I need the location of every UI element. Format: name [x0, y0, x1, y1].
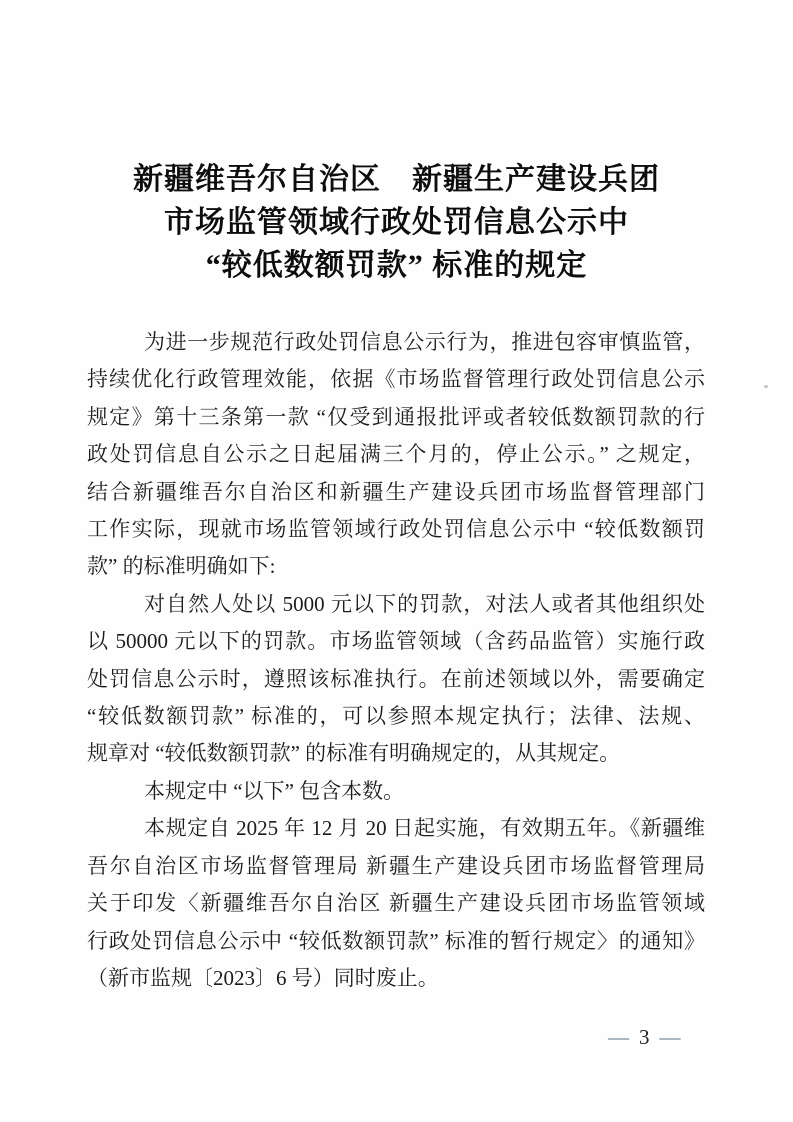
page-number: —3— [608, 1024, 683, 1050]
title-line-3: “较低数额罚款” 标准的规定 [0, 244, 793, 287]
page-number-dash-right: — [660, 1025, 683, 1049]
page-number-dash-left: — [608, 1025, 631, 1049]
body-line: （新市监规〔2023〕6 号）同时废止。 [87, 960, 705, 997]
body-line: 结合新疆维吾尔自治区和新疆生产建设兵团市场监督管理部门 [87, 474, 705, 511]
body-line: 规章对 “较低数额罚款” 的标准有明确规定的，从其规定。 [87, 735, 705, 772]
document-title: 新疆维吾尔自治区 新疆生产建设兵团 市场监管领域行政处罚信息公示中 “较低数额罚… [0, 158, 793, 287]
scan-artifact-speck [764, 385, 768, 388]
body-line: 吾尔自治区市场监督管理局 新疆生产建设兵团市场监督管理局 [87, 848, 705, 885]
title-line-2: 市场监管领域行政处罚信息公示中 [0, 201, 793, 244]
body-line: 工作实际，现就市场监管领域行政处罚信息公示中 “较低数额罚 [87, 511, 705, 548]
body-line: 关于印发〈新疆维吾尔自治区 新疆生产建设兵团市场监管领域 [87, 885, 705, 922]
body-line: 为进一步规范行政处罚信息公示行为，推进包容审慎监管， [87, 324, 705, 361]
body-line: 行政处罚信息公示中 “较低数额罚款” 标准的暂行规定〉的通知》 [87, 923, 705, 960]
body-line: 规定》第十三条第一款 “仅受到通报批评或者较低数额罚款的行 [87, 399, 705, 436]
page-number-value: 3 [631, 1025, 660, 1049]
body-line: “较低数额罚款” 标准的，可以参照本规定执行；法律、法规、 [87, 698, 705, 735]
body-line: 本规定自 2025 年 12 月 20 日起实施，有效期五年。《新疆维 [87, 810, 705, 847]
body-line: 对自然人处以 5000 元以下的罚款，对法人或者其他组织处 [87, 586, 705, 623]
title-line-1: 新疆维吾尔自治区 新疆生产建设兵团 [0, 158, 793, 201]
body-line: 持续优化行政管理效能，依据《市场监督管理行政处罚信息公示 [87, 361, 705, 398]
body-line: 处罚信息公示时，遵照该标准执行。在前述领域以外，需要确定 [87, 661, 705, 698]
document-body: 为进一步规范行政处罚信息公示行为，推进包容审慎监管， 持续优化行政管理效能，依据… [87, 324, 705, 997]
body-line: 款” 的标准明确如下: [87, 548, 705, 585]
body-line: 以 50000 元以下的罚款。市场监管领域（含药品监管）实施行政 [87, 623, 705, 660]
body-line: 政处罚信息自公示之日起届满三个月的，停止公示。” 之规定， [87, 436, 705, 473]
document-page: 新疆维吾尔自治区 新疆生产建设兵团 市场监管领域行政处罚信息公示中 “较低数额罚… [0, 0, 793, 1122]
body-line: 本规定中 “以下” 包含本数。 [87, 773, 705, 810]
